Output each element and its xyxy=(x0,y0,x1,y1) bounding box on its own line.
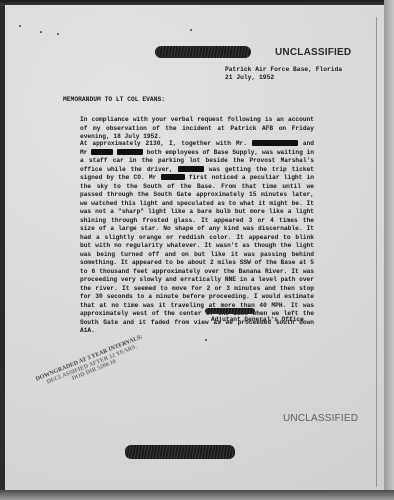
declassification-stamp: DOWNGRADED AT 3 YEAR INTERVALS; DECLASSI… xyxy=(35,334,149,395)
redaction-name-4 xyxy=(161,174,185,180)
redaction-header xyxy=(155,46,251,58)
para2-part1: At approximately 2130, I, together with … xyxy=(80,140,247,147)
address-block: Patrick Air Force Base, Florida 21 July,… xyxy=(225,66,342,82)
redaction-name-1 xyxy=(252,140,298,146)
redaction-name-3 xyxy=(117,149,143,155)
scan-right-edge xyxy=(384,0,394,500)
speck xyxy=(190,29,192,31)
para2-part5: first noticed a peculiar light in the sk… xyxy=(80,174,314,334)
redaction-signature xyxy=(205,308,255,314)
redaction-driver xyxy=(178,166,204,172)
speck xyxy=(19,25,21,27)
redaction-footer xyxy=(125,445,235,459)
page-fold-line xyxy=(376,17,377,487)
memo-page: UNCLASSIFIED Patrick Air Force Base, Flo… xyxy=(5,5,385,493)
address-location: Patrick Air Force Base, Florida xyxy=(225,66,342,74)
memo-date: 21 July, 1952 xyxy=(225,74,342,82)
classification-bottom: UNCLASSIFIED xyxy=(283,413,358,424)
speck xyxy=(57,33,59,35)
classification-top: UNCLASSIFIED xyxy=(275,47,351,58)
signature-office: Adjutant General's Office xyxy=(211,316,304,323)
memo-addressee: MEMORANDUM TO LT COL EVANS: xyxy=(63,96,165,103)
redaction-name-2 xyxy=(91,149,113,155)
paragraph-2: At approximately 2130, I, together with … xyxy=(62,140,314,336)
speck xyxy=(40,31,42,33)
scan-bottom-edge xyxy=(0,490,394,500)
paragraph-1: In compliance with your verbal request f… xyxy=(62,116,314,142)
speck xyxy=(205,339,207,341)
